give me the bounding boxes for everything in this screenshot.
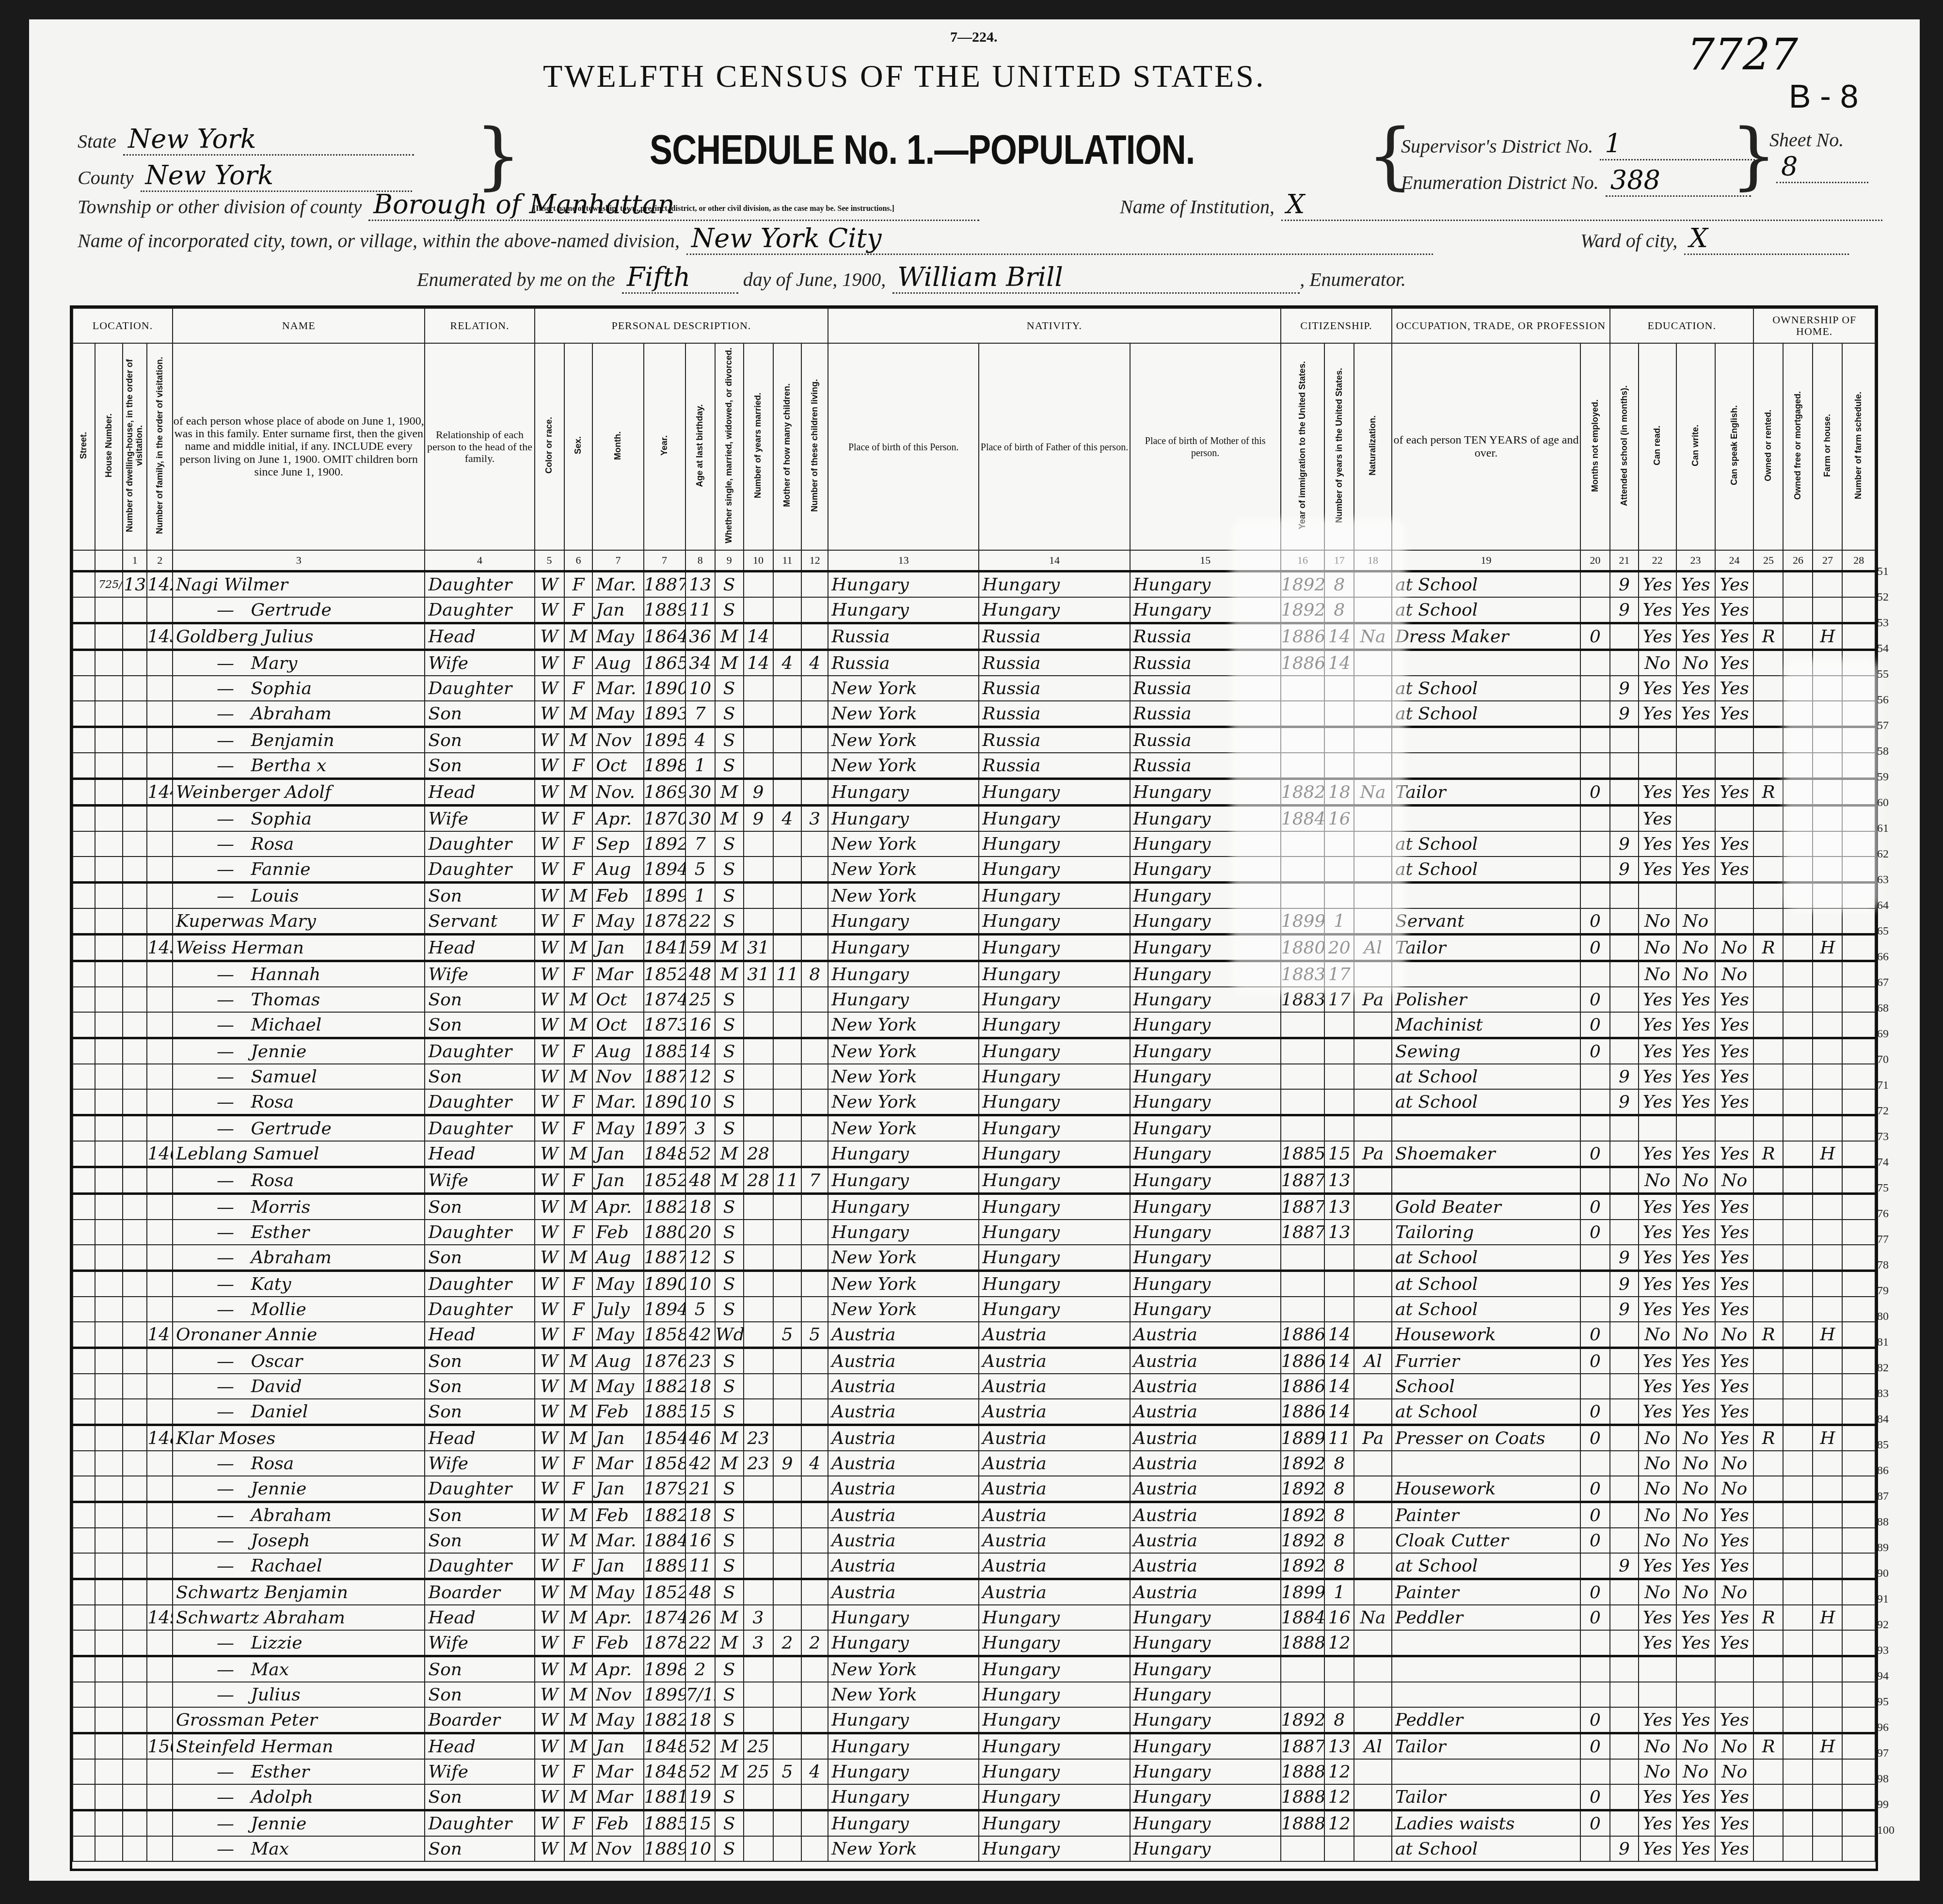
enumerated-prefix: Enumerated by me on the: [417, 269, 615, 290]
cell-mne: [1580, 1836, 1610, 1861]
cell-name: Thomas: [173, 987, 425, 1012]
cell-write: No: [1676, 908, 1715, 935]
cell-name: Kuperwas Mary: [173, 908, 425, 935]
cell-dwelling: [123, 1115, 147, 1142]
cell-pob: New York: [828, 1656, 979, 1682]
cell-imm: 1884: [1281, 1605, 1324, 1630]
cell-mne: [1580, 727, 1610, 753]
column-label-text: Owned or rented.: [1764, 410, 1773, 481]
cell-liv: [801, 1656, 828, 1682]
cell-marital: S: [715, 676, 744, 701]
cell-write: Yes: [1676, 1141, 1715, 1167]
cell-mne: [1580, 597, 1610, 623]
cell-age: 25: [685, 987, 715, 1012]
cell-age: 18: [685, 1194, 715, 1220]
cell-occ: [1392, 1630, 1580, 1656]
cell-race: W: [535, 1297, 564, 1322]
cell-write: Yes: [1676, 1810, 1715, 1837]
cell-yrs: [1324, 1245, 1354, 1271]
cell-rel: Head: [425, 1425, 534, 1451]
cell-pobm: Hungary: [1130, 1707, 1281, 1733]
line-number: 64: [1877, 899, 1889, 912]
column-label-text: Year.: [660, 435, 669, 456]
cell-farm: [1813, 1784, 1842, 1810]
line-number: 53: [1877, 617, 1889, 630]
cell-pob: Hungary: [828, 935, 979, 961]
cell-ym: [744, 1322, 773, 1348]
cell-name: Joseph: [173, 1528, 425, 1553]
enumeration-district-field: Enumeration District No.388: [1401, 165, 1751, 197]
cell-age: 10: [685, 1271, 715, 1297]
cell-race: W: [535, 831, 564, 857]
cell-read: Yes: [1639, 1399, 1676, 1425]
cell-age: 42: [685, 1451, 715, 1476]
cell-race: W: [535, 571, 564, 598]
cell-yrs: 13: [1324, 1194, 1354, 1220]
column-number: 10: [744, 550, 773, 571]
cell-write: No: [1676, 961, 1715, 987]
cell-liv: [801, 1836, 828, 1861]
state-value: New York: [123, 124, 414, 156]
cell-occ: Tailor: [1392, 935, 1580, 961]
cell-dwelling: [123, 1064, 147, 1089]
brace-icon: }: [475, 114, 521, 198]
cell-eng: No: [1715, 1322, 1754, 1348]
cell-yrs: 14: [1324, 1348, 1354, 1374]
cell-dwelling: [123, 1759, 147, 1784]
cell-moth: [773, 1245, 802, 1271]
cell-age: 48: [685, 1167, 715, 1194]
cell-farm: H: [1813, 623, 1842, 650]
cell-pob: New York: [828, 1115, 979, 1142]
cell-dwelling: [123, 1579, 147, 1605]
cell-eng: Yes: [1715, 1425, 1754, 1451]
cell-dwelling: [123, 1038, 147, 1064]
cell-dwelling: [123, 1528, 147, 1553]
cell-read: Yes: [1639, 1630, 1676, 1656]
cell-age: 7/12: [685, 1682, 715, 1707]
cell-street: [73, 1476, 95, 1502]
cell-street: [73, 1141, 95, 1167]
cell-name: Michael: [173, 1012, 425, 1038]
cell-name: Max: [173, 1836, 425, 1861]
cell-moth: [773, 1707, 802, 1733]
cell-pobf: Russia: [979, 753, 1130, 779]
cell-yrs: 14: [1324, 1374, 1354, 1399]
line-number: 92: [1877, 1618, 1889, 1632]
cell-eng: Yes: [1715, 1399, 1754, 1425]
cell-sch: 9: [1610, 1836, 1639, 1861]
cell-occ: at School: [1392, 1089, 1580, 1115]
cell-moth: [773, 571, 802, 598]
cell-write: No: [1676, 935, 1715, 961]
cell-sch: [1610, 1502, 1639, 1528]
column-label: of each person TEN YEARS of age and over…: [1392, 343, 1580, 550]
cell-mort: [1783, 1089, 1813, 1115]
cell-sex: M: [564, 701, 593, 727]
cell-rel: Son: [425, 883, 534, 909]
cell-month: Feb: [592, 1630, 643, 1656]
cell-fs: [1842, 1476, 1875, 1502]
table-row: Bertha xSonWFOct18981SNew YorkRussiaRuss…: [73, 753, 1875, 779]
cell-dwelling: [123, 1733, 147, 1760]
cell-moth: [773, 1553, 802, 1579]
cell-liv: [801, 987, 828, 1012]
cell-dwelling: [123, 1297, 147, 1322]
cell-rel: Son: [425, 1784, 534, 1810]
column-label-text: Number of farm schedule.: [1854, 392, 1863, 499]
cell-marital: S: [715, 1348, 744, 1374]
cell-eng: No: [1715, 1476, 1754, 1502]
cell-race: W: [535, 806, 564, 832]
cell-liv: [801, 1348, 828, 1374]
cell-pobf: Austria: [979, 1374, 1130, 1399]
line-number: 55: [1877, 668, 1889, 681]
cell-pob: New York: [828, 727, 979, 753]
cell-occ: [1392, 1451, 1580, 1476]
cell-farm: [1813, 597, 1842, 623]
column-label-text: Age at last birthday.: [695, 404, 705, 487]
cell-age: 18: [685, 1707, 715, 1733]
cell-dwelling: [123, 623, 147, 650]
cell-pobm: Austria: [1130, 1399, 1281, 1425]
cell-mne: [1580, 1656, 1610, 1682]
cell-age: 22: [685, 1630, 715, 1656]
cell-sch: [1610, 1348, 1639, 1374]
cell-nat: [1354, 1579, 1392, 1605]
cell-farm: [1813, 1297, 1842, 1322]
table-row: Schwartz BenjaminBoarderWMMay185248SAust…: [73, 1579, 1875, 1605]
cell-read: [1639, 1656, 1676, 1682]
cell-sex: F: [564, 1220, 593, 1245]
cell-mort: [1783, 1784, 1813, 1810]
cell-eng: Yes: [1715, 1245, 1754, 1271]
cell-nat: [1354, 1682, 1392, 1707]
cell-pob: Austria: [828, 1476, 979, 1502]
cell-pob: New York: [828, 1836, 979, 1861]
cell-mne: [1580, 1630, 1610, 1656]
cell-mort: [1783, 1245, 1813, 1271]
cell-eng: Yes: [1715, 1553, 1754, 1579]
cell-pobf: Hungary: [979, 1038, 1130, 1064]
cell-pob: Russia: [828, 623, 979, 650]
cell-pobf: Hungary: [979, 571, 1130, 598]
cell-month: Jan: [592, 597, 643, 623]
cell-eng: Yes: [1715, 831, 1754, 857]
cell-own: R: [1753, 779, 1783, 806]
cell-liv: [801, 1064, 828, 1089]
cell-street: [73, 1528, 95, 1553]
cell-month: May: [592, 623, 643, 650]
cell-race: W: [535, 1348, 564, 1374]
cell-nat: [1354, 1399, 1392, 1425]
cell-fs: [1842, 1322, 1875, 1348]
cell-moth: [773, 1476, 802, 1502]
column-label: Number of these children living.: [801, 343, 828, 550]
cell-age: 10: [685, 676, 715, 701]
cell-dwelling: [123, 1194, 147, 1220]
cell-yrs: [1324, 1656, 1354, 1682]
cell-pob: Hungary: [828, 1605, 979, 1630]
cell-occ: at School: [1392, 1245, 1580, 1271]
cell-own: [1753, 987, 1783, 1012]
cell-yrs: 13: [1324, 1733, 1354, 1760]
column-number: [73, 550, 95, 571]
cell-pobf: Austria: [979, 1553, 1130, 1579]
cell-fs: [1842, 1194, 1875, 1220]
cell-sex: M: [564, 1656, 593, 1682]
cell-dwelling: [123, 597, 147, 623]
supervisor-label: Supervisor's District No.: [1401, 135, 1593, 157]
cell-rel: Son: [425, 1528, 534, 1553]
cell-imm: 1887: [1281, 1167, 1324, 1194]
cell-name: Jennie: [173, 1810, 425, 1837]
cell-pob: Hungary: [828, 1194, 979, 1220]
cell-moth: 5: [773, 1322, 802, 1348]
cell-pobf: Austria: [979, 1502, 1130, 1528]
cell-pob: Hungary: [828, 1141, 979, 1167]
column-label: House Number.: [95, 343, 123, 550]
cell-sch: [1610, 779, 1639, 806]
cell-own: [1753, 883, 1783, 909]
cell-street: [73, 597, 95, 623]
cell-write: [1676, 883, 1715, 909]
cell-own: [1753, 1064, 1783, 1089]
cell-farm: [1813, 1245, 1842, 1271]
cell-sex: M: [564, 1245, 593, 1271]
cell-sch: [1610, 908, 1639, 935]
cell-mort: [1783, 1115, 1813, 1142]
cell-year: 1869: [644, 779, 685, 806]
cell-street: [73, 1220, 95, 1245]
cell-age: 26: [685, 1605, 715, 1630]
cell-moth: [773, 935, 802, 961]
cell-ym: [744, 1220, 773, 1245]
cell-family: [147, 1528, 173, 1553]
cell-year: 1882: [644, 1707, 685, 1733]
cell-eng: Yes: [1715, 1784, 1754, 1810]
cell-farm: [1813, 1502, 1842, 1528]
cell-mne: 0: [1580, 1784, 1610, 1810]
cell-occ: at School: [1392, 857, 1580, 883]
cell-rel: Son: [425, 1836, 534, 1861]
cell-family: 142: [147, 571, 173, 598]
cell-imm: 1885: [1281, 1141, 1324, 1167]
cell-eng: [1715, 1115, 1754, 1142]
table-row: SamuelSonWMNov188712SNew YorkHungaryHung…: [73, 1064, 1875, 1089]
cell-liv: [801, 1115, 828, 1142]
line-number: 69: [1877, 1028, 1889, 1041]
cell-farm: [1813, 1374, 1842, 1399]
cell-month: Oct: [592, 987, 643, 1012]
cell-pobm: Hungary: [1130, 1167, 1281, 1194]
cell-rel: Boarder: [425, 1707, 534, 1733]
cell-marital: M: [715, 1733, 744, 1760]
cell-month: Jan: [592, 1733, 643, 1760]
cell-house: [95, 935, 123, 961]
cell-farm: [1813, 961, 1842, 987]
cell-year: 1841: [644, 935, 685, 961]
cell-age: 48: [685, 1579, 715, 1605]
cell-month: May: [592, 1271, 643, 1297]
table-row: EstherWifeWFMar184852M2554HungaryHungary…: [73, 1759, 1875, 1784]
cell-house: [95, 1064, 123, 1089]
cell-pob: New York: [828, 1064, 979, 1089]
cell-age: 52: [685, 1141, 715, 1167]
column-number: [95, 550, 123, 571]
column-label: Year.: [644, 343, 685, 550]
cell-moth: [773, 1682, 802, 1707]
cell-read: Yes: [1639, 831, 1676, 857]
cell-family: 143: [147, 623, 173, 650]
cell-eng: Yes: [1715, 1605, 1754, 1630]
cell-pob: Hungary: [828, 571, 979, 598]
cell-year: 1852: [644, 1167, 685, 1194]
cell-sch: [1610, 1784, 1639, 1810]
cell-race: W: [535, 1141, 564, 1167]
cell-write: Yes: [1676, 1271, 1715, 1297]
cell-family: [147, 1759, 173, 1784]
cell-moth: [773, 1115, 802, 1142]
cell-age: 48: [685, 961, 715, 987]
cell-pobf: Hungary: [979, 1810, 1130, 1837]
cell-month: Oct: [592, 753, 643, 779]
column-label: Number of years married.: [744, 343, 773, 550]
cell-family: [147, 1476, 173, 1502]
cell-sex: F: [564, 806, 593, 832]
cell-name: Rosa: [173, 1451, 425, 1476]
cell-marital: M: [715, 1605, 744, 1630]
cell-dwelling: [123, 1271, 147, 1297]
line-number: 63: [1877, 873, 1889, 887]
cell-rel: Son: [425, 1656, 534, 1682]
cell-pobm: Hungary: [1130, 1759, 1281, 1784]
cell-occ: Tailor: [1392, 1733, 1580, 1760]
cell-liv: [801, 727, 828, 753]
cell-farm: H: [1813, 1141, 1842, 1167]
cell-pobf: Austria: [979, 1579, 1130, 1605]
cell-street: [73, 727, 95, 753]
cell-street: [73, 1012, 95, 1038]
cell-own: [1753, 1012, 1783, 1038]
header-ownership: OWNERSHIP OF HOME.: [1753, 308, 1875, 343]
cell-dwelling: [123, 1682, 147, 1707]
cell-race: W: [535, 1012, 564, 1038]
cell-month: Mar: [592, 961, 643, 987]
cell-ym: [744, 1656, 773, 1682]
cell-own: [1753, 1089, 1783, 1115]
cell-street: [73, 1194, 95, 1220]
cell-name: Rosa: [173, 1089, 425, 1115]
cell-marital: M: [715, 1630, 744, 1656]
cell-imm: [1281, 1012, 1324, 1038]
cell-street: [73, 779, 95, 806]
cell-ym: [744, 1836, 773, 1861]
cell-imm: 1892: [1281, 1528, 1324, 1553]
cell-marital: S: [715, 1220, 744, 1245]
cell-liv: [801, 1733, 828, 1760]
cell-name: Gertrude: [173, 597, 425, 623]
cell-mort: [1783, 908, 1813, 935]
cell-pob: Hungary: [828, 1220, 979, 1245]
cell-sex: M: [564, 1425, 593, 1451]
cell-ym: 31: [744, 935, 773, 961]
table-row: 150Steinfeld HermanHeadWMJan184852M25Hun…: [73, 1733, 1875, 1760]
cell-occ: at School: [1392, 1553, 1580, 1579]
cell-year: 1873: [644, 1012, 685, 1038]
column-label: Can speak English.: [1715, 343, 1754, 550]
cell-moth: [773, 1038, 802, 1064]
cell-pobf: Hungary: [979, 831, 1130, 857]
cell-fs: [1842, 1374, 1875, 1399]
cell-ym: [744, 857, 773, 883]
cell-moth: [773, 1425, 802, 1451]
cell-month: Mar.: [592, 571, 643, 598]
cell-mort: [1783, 935, 1813, 961]
cell-sch: [1610, 1220, 1639, 1245]
cell-eng: Yes: [1715, 987, 1754, 1012]
cell-yrs: [1324, 1836, 1354, 1861]
cell-write: No: [1676, 1425, 1715, 1451]
cell-name: Klar Moses: [173, 1425, 425, 1451]
table-row: MaxSonWMNov188910SNew YorkHungaryHungary…: [73, 1836, 1875, 1861]
line-number: 58: [1877, 745, 1889, 758]
cell-month: Jan: [592, 1141, 643, 1167]
cell-pob: New York: [828, 857, 979, 883]
table-row: JennieDaughterWFJan187921SAustriaAustria…: [73, 1476, 1875, 1502]
water-stain: [1231, 519, 1406, 994]
cell-liv: [801, 571, 828, 598]
cell-month: Apr.: [592, 1656, 643, 1682]
column-number: 7: [644, 550, 685, 571]
cell-farm: [1813, 1220, 1842, 1245]
cell-farm: H: [1813, 1605, 1842, 1630]
cell-read: No: [1639, 1733, 1676, 1760]
cell-occ: Ladies waists: [1392, 1810, 1580, 1837]
cell-marital: M: [715, 1141, 744, 1167]
cell-ym: 3: [744, 1630, 773, 1656]
cell-nat: [1354, 1064, 1392, 1089]
enumerator-label: , Enumerator.: [1300, 269, 1406, 290]
table-row: 147Oronaner AnnieHeadWFMay185842Wd55Aust…: [73, 1322, 1875, 1348]
cell-imm: [1281, 1115, 1324, 1142]
column-label: Can read.: [1639, 343, 1676, 550]
cell-fs: [1842, 1682, 1875, 1707]
cell-pobm: Austria: [1130, 1528, 1281, 1553]
cell-farm: [1813, 1451, 1842, 1476]
cell-race: W: [535, 1810, 564, 1837]
enumerated-day: Fifth: [622, 262, 738, 294]
cell-dwelling: [123, 779, 147, 806]
cell-dwelling: [123, 1784, 147, 1810]
cell-pob: Hungary: [828, 1630, 979, 1656]
cell-sex: M: [564, 1579, 593, 1605]
table-row: 145Weiss HermanHeadWMJan184159M31Hungary…: [73, 935, 1875, 961]
cell-mort: [1783, 623, 1813, 650]
cell-age: 12: [685, 1245, 715, 1271]
cell-rel: Daughter: [425, 597, 534, 623]
cell-month: July: [592, 1297, 643, 1322]
table-row: HannahWifeWFMar185248M31118HungaryHungar…: [73, 961, 1875, 987]
cell-race: W: [535, 1579, 564, 1605]
cell-liv: [801, 623, 828, 650]
cell-write: Yes: [1676, 987, 1715, 1012]
cell-dwelling: [123, 676, 147, 701]
cell-eng: No: [1715, 1167, 1754, 1194]
cell-month: Mar.: [592, 1528, 643, 1553]
cell-pobm: Hungary: [1130, 1682, 1281, 1707]
cell-family: [147, 1579, 173, 1605]
